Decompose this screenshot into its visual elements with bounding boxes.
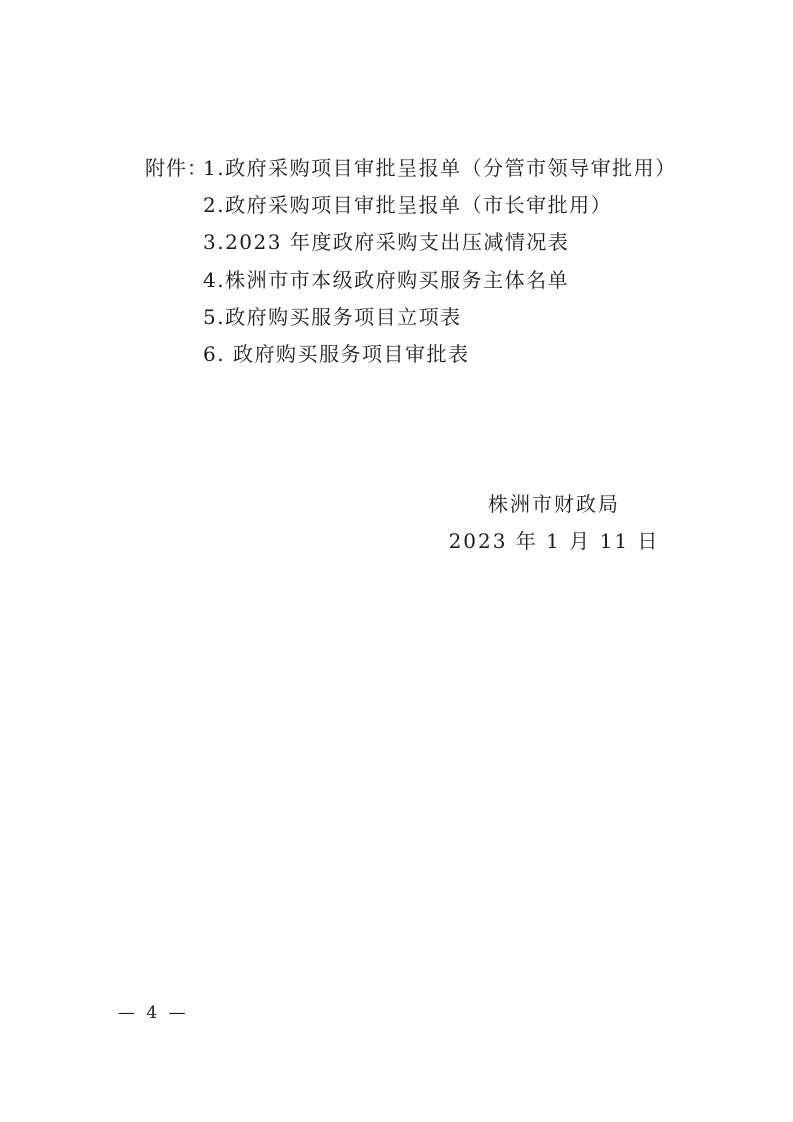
attachment-item: 2.政府采购项目审批呈报单（市长审批用）: [145, 187, 677, 224]
attachment-label: 附件：: [145, 150, 203, 187]
signature-block: 株洲市财政局 2023 年 1 月 11 日: [414, 486, 694, 560]
attachment-item: 附件：1.政府采购项目审批呈报单（分管市领导审批用）: [145, 150, 677, 187]
attachment-list: 附件：1.政府采购项目审批呈报单（分管市领导审批用） 2.政府采购项目审批呈报单…: [145, 150, 677, 373]
attachment-item: 4.株洲市市本级政府购买服务主体名单: [145, 262, 677, 299]
signature-issuer: 株洲市财政局: [414, 486, 694, 523]
document-page: 附件：1.政府采购项目审批呈报单（分管市领导审批用） 2.政府采购项目审批呈报单…: [0, 0, 793, 1122]
attachment-item: 5.政府购买服务项目立项表: [145, 299, 677, 336]
attachment-item-text: 1.政府采购项目审批呈报单（分管市领导审批用）: [203, 156, 677, 180]
page-number: — 4 —: [118, 1003, 189, 1023]
attachment-item: 6. 政府购买服务项目审批表: [145, 336, 677, 373]
signature-date: 2023 年 1 月 11 日: [414, 523, 694, 560]
attachment-item: 3.2023 年度政府采购支出压减情况表: [145, 224, 677, 261]
